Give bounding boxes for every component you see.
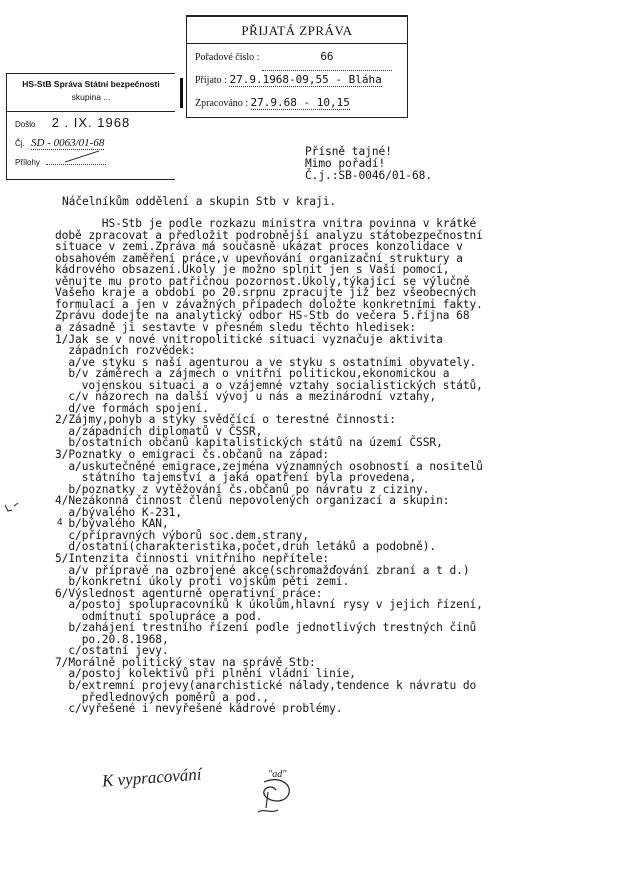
registry-org-line1: HS-StB Správa Státní bezpečnosti — [22, 79, 159, 89]
registry-ref-row: Čj. SD - 0063/01-68 — [7, 132, 175, 152]
processed-value: 27.9.68 - 10,15 — [251, 96, 350, 110]
registry-attachments-label: Přílohy — [15, 158, 40, 167]
svg-text:"ad": "ad" — [268, 769, 287, 780]
stamp-processed-row: Zpracováno : 27.9.68 - 10,15 — [187, 90, 407, 113]
registry-received-label: Došlo — [15, 120, 35, 129]
registry-stamp-header: HS-StB Správa Státní bezpečnosti skupina… — [7, 74, 175, 112]
received-message-stamp: PŘIJATÁ ZPRÁVA Pořadové číslo : 66 Přija… — [186, 15, 408, 118]
registry-received-value: 2 . IX. 1968 — [52, 115, 131, 130]
handwritten-note: K vypracování — [101, 765, 202, 792]
body-text-line: c/vyřešené i nevyřešené kádrové problémy… — [55, 703, 342, 715]
margin-check-mark — [4, 503, 20, 513]
registry-received-row: Došlo 2 . IX. 1968 — [7, 112, 175, 132]
received-value: 27.9.1968-09,55 - Bláha — [229, 73, 381, 87]
stamp-edge-mark — [180, 78, 183, 108]
margin-number-mark: 4 — [57, 517, 63, 528]
registry-stamp: HS-StB Správa Státní bezpečnosti skupina… — [6, 73, 175, 180]
classification-block: Přísně tajné! Mimo pořadí! Č.j.:SB-0046/… — [305, 146, 432, 182]
stamp-title: PŘIJATÁ ZPRÁVA — [187, 17, 407, 44]
registry-org-line2: skupina ... — [72, 92, 111, 102]
addressee-line: Náčelníkům oddělení a skupin Stb v kraji… — [62, 196, 336, 208]
processed-label: Zpracováno : — [195, 91, 248, 117]
stamp-serial-row: Pořadové číslo : 66 — [187, 44, 407, 67]
registry-ref-value: SD - 0063/01-68 — [31, 137, 104, 150]
handwritten-initials-signature: "ad" — [252, 768, 302, 818]
registry-ref-label: Čj. — [15, 139, 25, 148]
stamp-received-row: Přijato : 27.9.1968-09,55 - Bláha — [187, 67, 407, 90]
registry-attachments-row: Přílohy — [7, 152, 175, 172]
classification-line-reference: Č.j.:SB-0046/01-68. — [305, 169, 432, 182]
attachments-strike-mark — [46, 154, 106, 165]
